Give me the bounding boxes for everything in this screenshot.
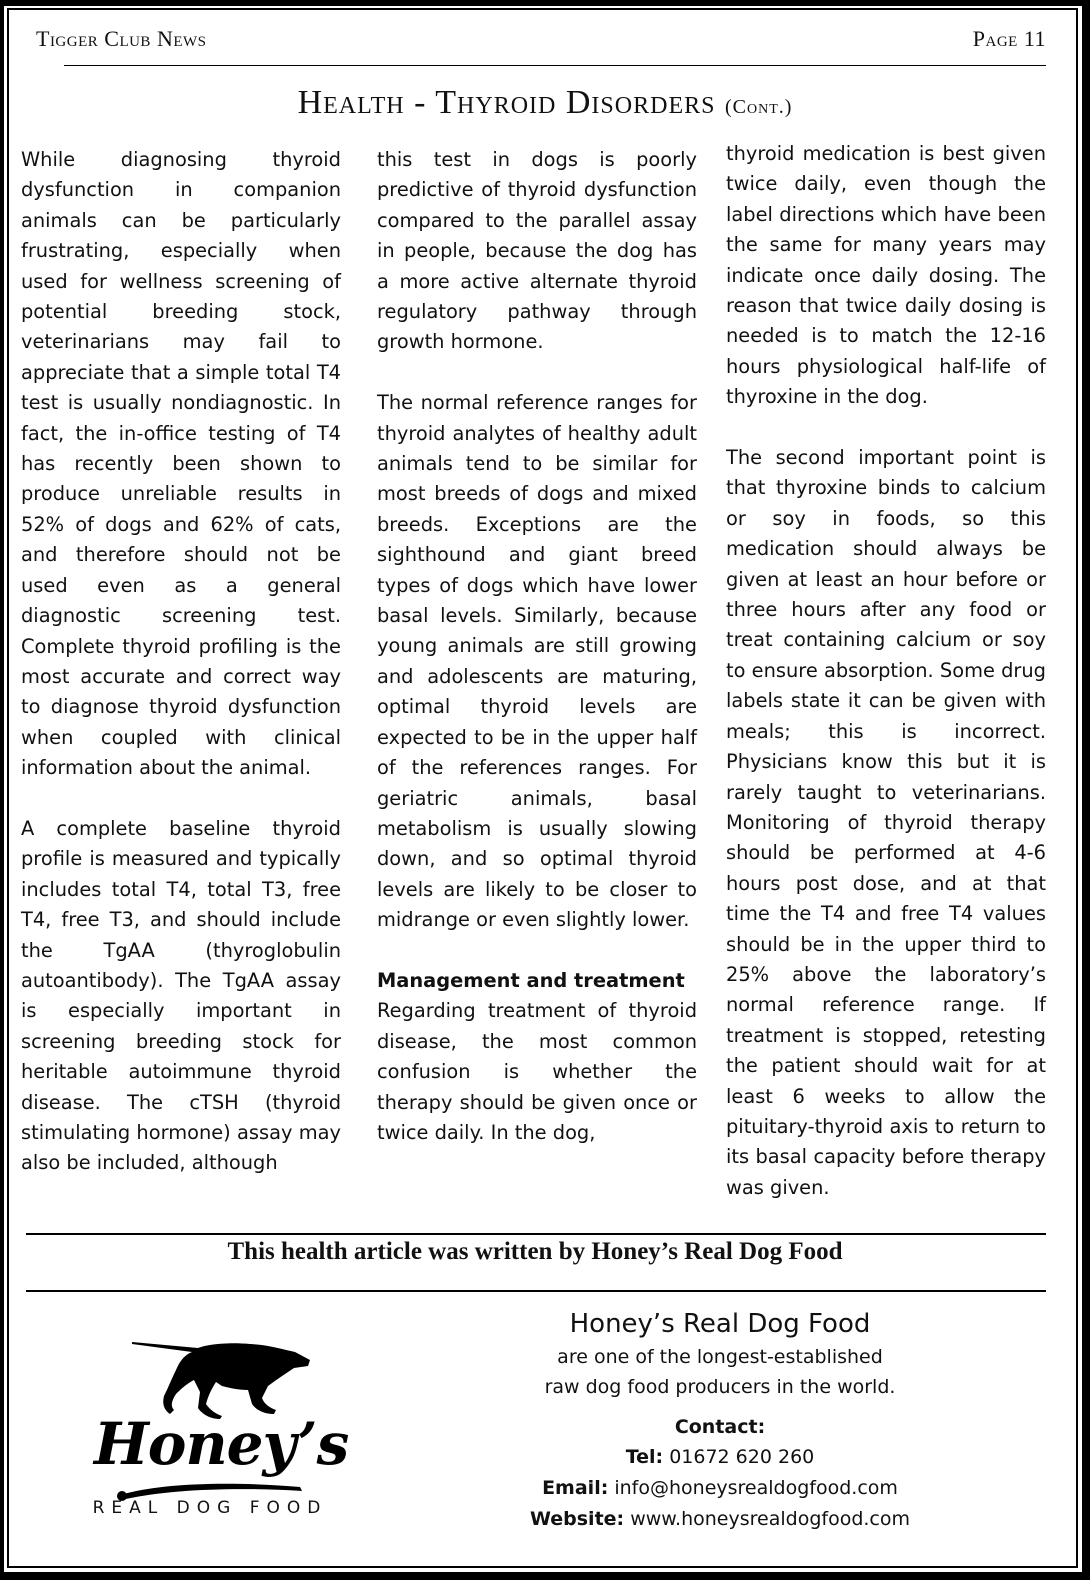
page-number: Page 11: [973, 26, 1046, 52]
section-subheading: Management and treatment: [377, 966, 697, 996]
tel-label: Tel:: [626, 1446, 663, 1468]
advert-tagline-2: raw dog food producers in the world.: [460, 1372, 980, 1402]
email-value[interactable]: info@honeysrealdogfood.com: [614, 1477, 898, 1499]
paragraph: thyroid medication is best given twice d…: [726, 139, 1046, 413]
article-column-3: thyroid medication is best given twice d…: [726, 139, 1046, 1203]
contact-heading: Contact:: [460, 1412, 980, 1442]
header-divider: [64, 65, 1046, 66]
advert-info: Honey’s Real Dog Food are one of the lon…: [460, 1300, 980, 1535]
credit-divider-bottom: [26, 1290, 1046, 1292]
website-label: Website:: [530, 1508, 624, 1530]
contact-email: Email: info@honeysrealdogfood.com: [460, 1473, 980, 1504]
article-title: Health - Thyroid Disorders (Cont.): [0, 84, 1090, 122]
paragraph: A complete baseline thyroid profile is m…: [21, 814, 341, 1179]
advert-tagline-1: are one of the longest-established: [460, 1342, 980, 1372]
contact-tel: Tel: 01672 620 260: [460, 1442, 980, 1473]
paragraph: The normal reference ranges for thyroid …: [377, 388, 697, 935]
article-title-text: Health - Thyroid Disorders: [298, 84, 716, 121]
running-header: Tigger Club News Page 11: [36, 26, 1046, 56]
tel-value[interactable]: 01672 620 260: [669, 1446, 814, 1468]
article-column-1: While diagnosing thyroid dysfunction in …: [21, 145, 341, 1179]
honeys-logo: Honey’s REAL DOG FOOD: [80, 1330, 340, 1530]
email-label: Email:: [542, 1477, 608, 1499]
credit-divider-top: [26, 1233, 1046, 1235]
contact-website: Website: www.honeysrealdogfood.com: [460, 1504, 980, 1535]
article-title-suffix: (Cont.): [725, 96, 792, 118]
logo-wordmark: Honey’s: [94, 1410, 324, 1478]
paragraph: The second important point is that thyro…: [726, 443, 1046, 1203]
article-credit: This health article was written by Honey…: [0, 1238, 1070, 1266]
logo-subtitle: REAL DOG FOOD: [80, 1498, 340, 1518]
advert-brand: Honey’s Real Dog Food: [460, 1306, 980, 1342]
paragraph: Regarding treatment of thyroid disease, …: [377, 996, 697, 1148]
website-link[interactable]: www.honeysrealdogfood.com: [630, 1508, 910, 1530]
paragraph: this test in dogs is poorly predictive o…: [377, 145, 697, 358]
paragraph: While diagnosing thyroid dysfunction in …: [21, 145, 341, 784]
article-column-2: this test in dogs is poorly predictive o…: [377, 145, 697, 1148]
publication-name: Tigger Club News: [36, 26, 207, 52]
